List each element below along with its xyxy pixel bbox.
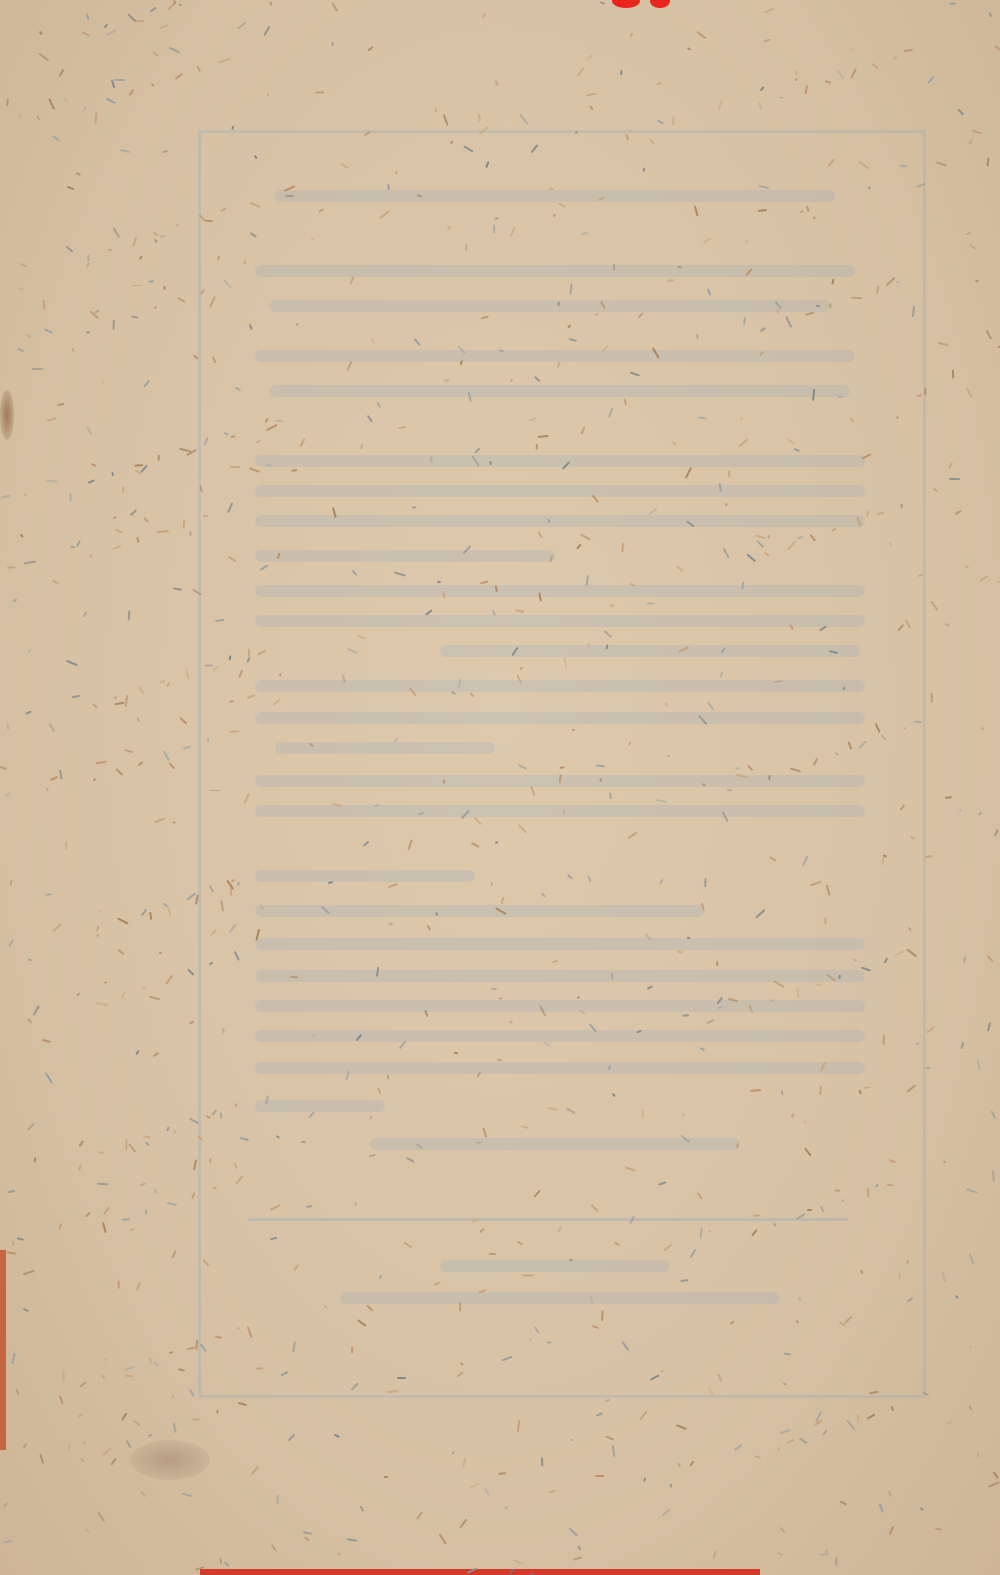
red-edge-bottom [200, 1569, 760, 1575]
stain-mark [0, 390, 14, 440]
bleed-through-rule [248, 1218, 848, 1221]
smudge-mark [130, 1440, 210, 1480]
red-edge-mark-top [612, 0, 672, 9]
red-edge-left [0, 1250, 6, 1450]
